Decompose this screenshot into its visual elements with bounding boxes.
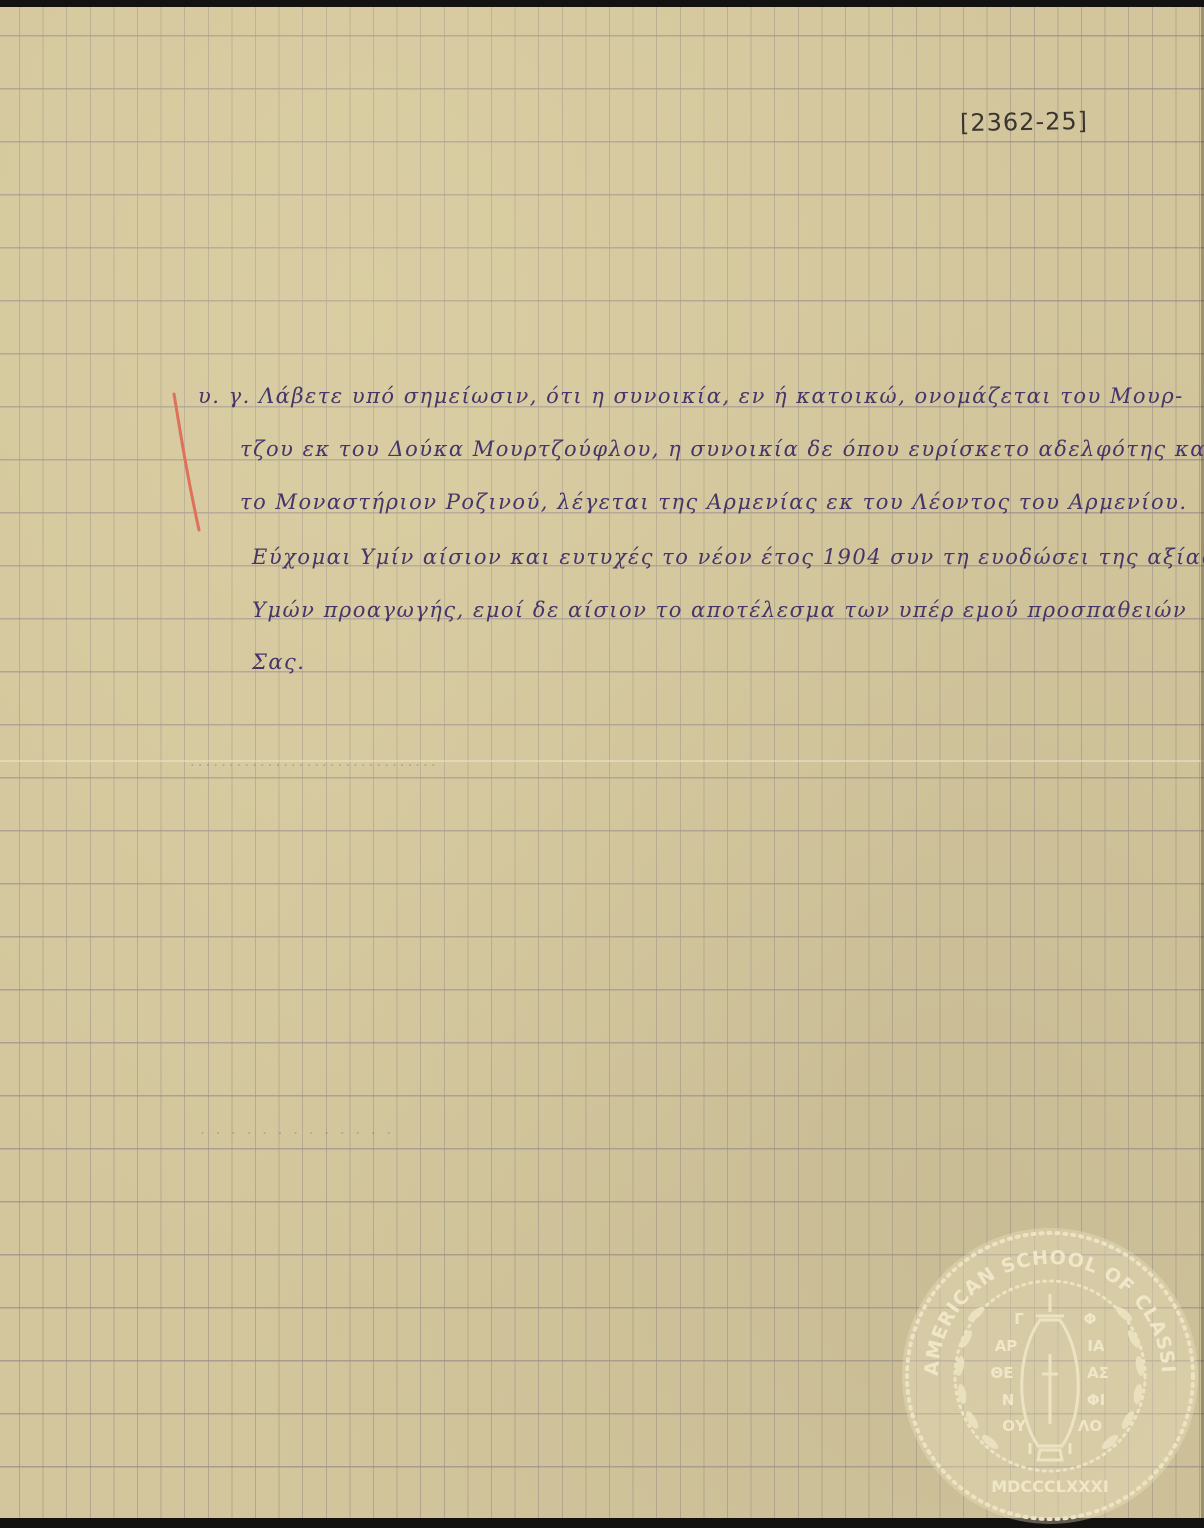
seal-letter-right-3: ΑΣ bbox=[1087, 1364, 1109, 1382]
show-through-text-2: . . . . . . . . . . . . . bbox=[200, 1120, 394, 1138]
letter-line-4: Εύχομαι Υμίν αίσιον και ευτυχές το νέον … bbox=[252, 545, 1204, 569]
seal-letter-right-2: ΙΑ bbox=[1087, 1337, 1105, 1355]
american-school-seal-stamp: AMERICAN SCHOOL OF CLASSICAL STUDIES AT … bbox=[898, 1224, 1202, 1523]
seal-letter-left-1: Γ bbox=[1014, 1310, 1024, 1328]
paper-fold-line bbox=[0, 760, 1204, 762]
seal-letter-left-3: ΘΕ bbox=[991, 1364, 1014, 1382]
seal-letter-right-1: Φ bbox=[1084, 1310, 1097, 1328]
show-through-text-1: ................................ bbox=[190, 752, 439, 770]
archive-reference-number: [2362-25] bbox=[960, 107, 1088, 137]
seal-letter-right-4: ΦΙ bbox=[1087, 1391, 1105, 1409]
seal-letter-left-4: Ν bbox=[1002, 1391, 1015, 1409]
letter-line-6: Σας. bbox=[252, 650, 305, 674]
seal-letter-left-5: ΟΥ bbox=[1002, 1417, 1027, 1435]
seal-letter-left-2: ΑΡ bbox=[995, 1337, 1018, 1355]
letter-line-3: το Μοναστήριον Ροζινού, λέγεται της Αρμε… bbox=[240, 490, 1188, 514]
letter-line-2: τζου εκ του Δούκα Μουρτζούφλου, η συνοικ… bbox=[240, 437, 1204, 461]
seal-founding-year: MDCCCLXXXI bbox=[991, 1477, 1109, 1496]
seal-letter-right-5: ΛΟ bbox=[1078, 1417, 1102, 1435]
seal-letter-right-6: Ι bbox=[1067, 1440, 1073, 1458]
letter-line-5: Υμών προαγωγής, εμοί δε αίσιον το αποτέλ… bbox=[252, 598, 1187, 622]
letter-line-1: υ. γ. Λάβετε υπό σημείωσιν, ότι η συνοικ… bbox=[198, 384, 1184, 408]
seal-letter-left-6: Ι bbox=[1027, 1440, 1033, 1458]
